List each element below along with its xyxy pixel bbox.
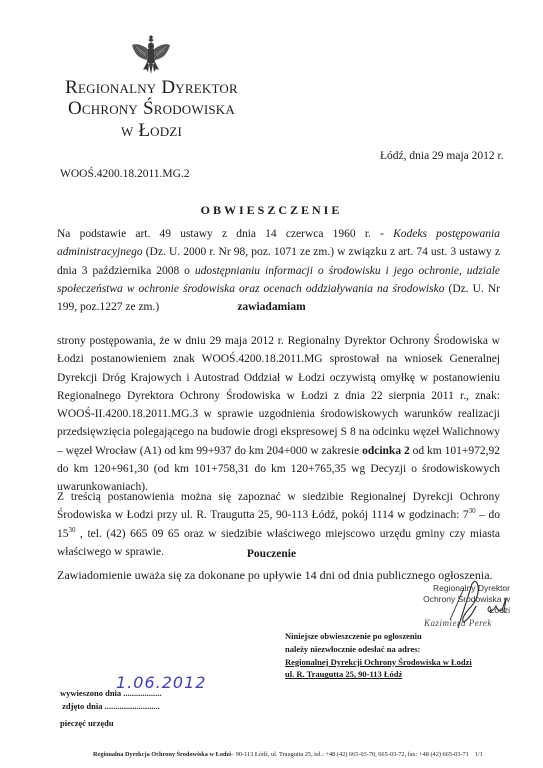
hours-from-minutes: 30 <box>469 507 476 515</box>
footer: Regionalna Dyrekcja Ochrony Środowiska w… <box>93 751 483 758</box>
announcement-text: strony postępowania, że w dniu 29 maja 2… <box>57 335 500 457</box>
reference-number: WOOŚ.4200.18.2011.MG.2 <box>60 168 190 180</box>
instruction-heading: Pouczenie <box>0 548 543 560</box>
polish-eagle-emblem-icon <box>128 32 174 78</box>
announcement-paragraph: strony postępowania, że w dniu 29 maja 2… <box>57 332 500 497</box>
return-notice-line-1: Niniejsze obwieszczenie po ogłoszeniu <box>285 630 472 643</box>
removed-label: zdjęto dnia <box>62 701 102 711</box>
return-notice: Niniejsze obwieszczenie po ogłoszeniu na… <box>285 630 472 681</box>
footer-contact: – 90-113 Łódź, ul. Traugutta 25, tel.: +… <box>231 751 469 758</box>
office-seal-label: pieczęć urzędu <box>60 718 114 728</box>
removed-dots: .......................... <box>105 701 160 711</box>
section-highlight: odcinka 2 <box>362 445 410 457</box>
return-notice-line-2: należy niezwłocznie odesłać na adres: <box>285 643 472 656</box>
return-address-line-2: ul. R. Traugutta 25, 90-113 Łódź <box>285 668 472 681</box>
legal-basis-text: Na podstawie art. 49 ustawy z dnia 14 cz… <box>57 228 393 240</box>
authority-title-line-3: w Łodzi <box>0 120 303 142</box>
hours-to-minutes: 30 <box>69 526 76 534</box>
authority-title-line-1: Regionalny Dyrektor <box>0 77 303 99</box>
footer-organization: Regionalna Dyrekcja Ochrony Środowiska w… <box>93 751 231 758</box>
removed-date-field[interactable]: zdjęto dnia .......................... <box>60 700 162 713</box>
place-and-date: Łódź, dnia 29 maja 2012 r. <box>380 150 504 162</box>
authority-title-line-2: Ochrony Środowiska <box>0 98 303 120</box>
hours-to: 15 <box>57 528 69 540</box>
return-address-line-1: Regionalnej Dyrekcji Ochrony Środowiska … <box>285 656 472 669</box>
hours-separator: – do <box>476 509 500 521</box>
access-info-text: Z treścią postanowienia można się zapozn… <box>57 491 500 521</box>
posted-label: wywieszono dnia <box>60 688 121 698</box>
page-number: 1/1 <box>475 751 483 758</box>
document-title: OBWIESZCZENIE <box>0 203 543 218</box>
announce-heading: zawiadamiam <box>0 301 543 313</box>
posted-date-handwritten: 1.06.2012 <box>116 673 206 692</box>
signatory-name: Kazimiera Perek <box>424 618 492 628</box>
